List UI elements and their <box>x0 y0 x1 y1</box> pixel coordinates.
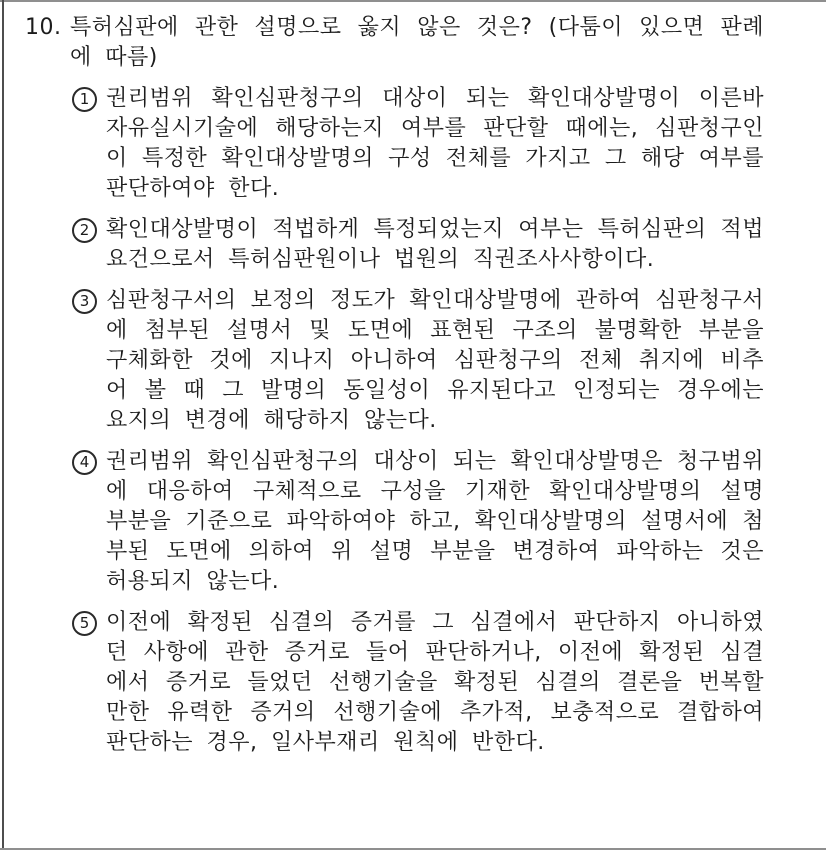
option-item-4: 4 권리범위 확인심판청구의 대상이 되는 확인대상발명은 청구범위에 대응하여… <box>72 447 764 597</box>
option-4-circled-number: 4 <box>72 450 97 475</box>
option-4-text: 권리범위 확인심판청구의 대상이 되는 확인대상발명은 청구범위에 대응하여 구… <box>106 447 764 597</box>
option-item-1: 1 권리범위 확인심판청구의 대상이 되는 확인대상발명이 이른바 자유실시기술… <box>72 84 764 204</box>
option-item-5: 5 이전에 확정된 심결의 증거를 그 심결에서 판단하지 아니하였던 사항에 … <box>72 608 764 758</box>
question-row: 10. 특허심판에 관한 설명으로 옳지 않은 것은? (다툼이 있으면 판례에… <box>25 13 764 73</box>
option-2-circled-number: 2 <box>72 218 97 243</box>
question-block: 10. 특허심판에 관한 설명으로 옳지 않은 것은? (다툼이 있으면 판례에… <box>0 0 826 850</box>
option-3-circled-number: 3 <box>72 289 97 314</box>
question-number: 10. <box>25 13 70 43</box>
option-1-text: 권리범위 확인심판청구의 대상이 되는 확인대상발명이 이른바 자유실시기술에 … <box>106 84 764 204</box>
question-text: 특허심판에 관한 설명으로 옳지 않은 것은? (다툼이 있으면 판례에 따름) <box>70 13 764 73</box>
option-5-text: 이전에 확정된 심결의 증거를 그 심결에서 판단하지 아니하였던 사항에 관한… <box>106 608 764 758</box>
option-3-text: 심판청구서의 보정의 정도가 확인대상발명에 관하여 심판청구서에 첨부된 설명… <box>106 286 764 436</box>
option-item-3: 3 심판청구서의 보정의 정도가 확인대상발명에 관하여 심판청구서에 첨부된 … <box>72 286 764 436</box>
option-5-circled-number: 5 <box>72 611 97 636</box>
option-item-2: 2 확인대상발명이 적법하게 특정되었는지 여부는 특허심판의 적법요건으로서 … <box>72 215 764 275</box>
option-2-text: 확인대상발명이 적법하게 특정되었는지 여부는 특허심판의 적법요건으로서 특허… <box>106 215 764 275</box>
exam-page: 10. 특허심판에 관한 설명으로 옳지 않은 것은? (다툼이 있으면 판례에… <box>0 0 826 850</box>
option-1-circled-number: 1 <box>72 87 97 112</box>
